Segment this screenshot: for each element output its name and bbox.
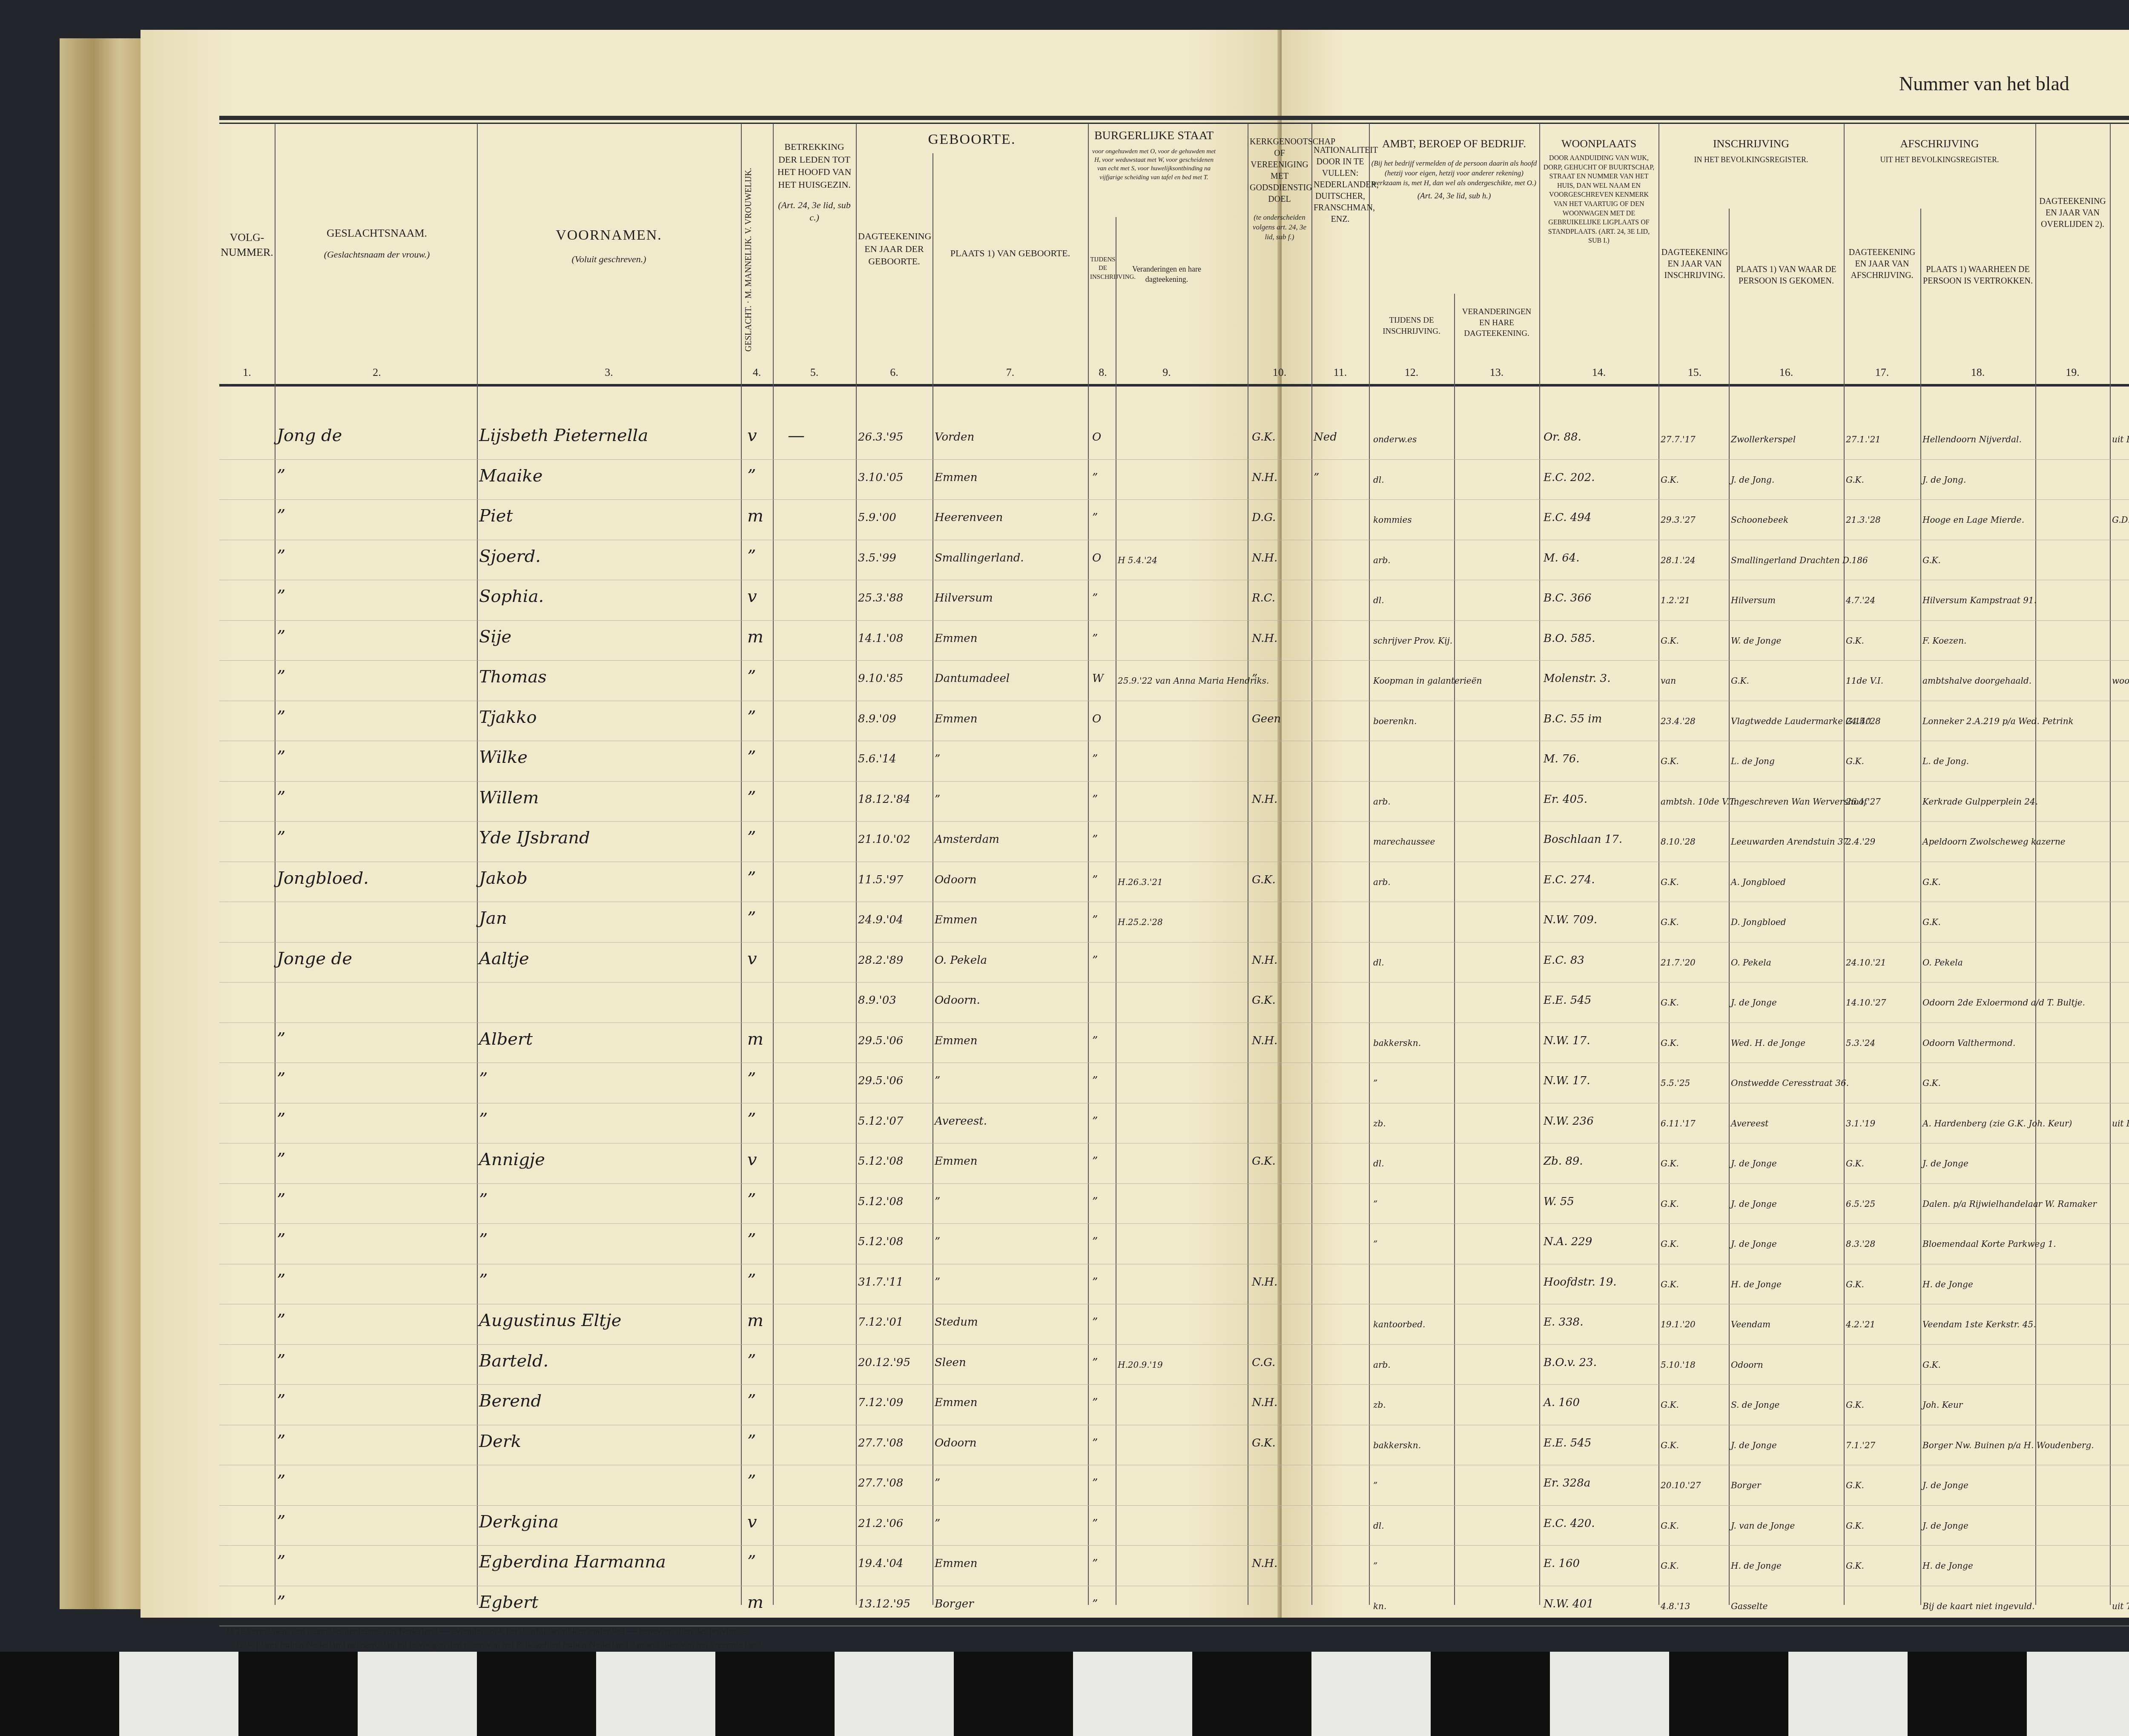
scale-square [1192, 1652, 1311, 1736]
row-out-to: G.K. [1922, 1360, 1941, 1370]
row-given: Sjoerd. [479, 547, 541, 566]
row-given: Egberdina Harmanna [479, 1552, 666, 1572]
row-birth-date: 5.12.'08 [858, 1195, 903, 1208]
row-sex: ” [747, 1110, 756, 1129]
row-sex: ” [747, 1351, 756, 1371]
row-residence: W. 55 [1544, 1195, 1574, 1208]
row-birth-place: Stedum [935, 1316, 978, 1329]
col-number: 4. [743, 366, 771, 379]
row-in-date: G.K. [1661, 1561, 1679, 1571]
row-civil: O [1092, 552, 1101, 564]
col-header-7: Plaats 1) van geboorte. [935, 247, 1086, 260]
row-civil: ” [1092, 511, 1098, 524]
col-header-1: Volg-nummer. [219, 230, 275, 260]
row-sex: ” [747, 1472, 756, 1491]
row-ruling [219, 459, 2129, 460]
row-in-date: G.K. [1661, 1440, 1679, 1450]
row-birth-date: 18.12.'84 [858, 793, 910, 806]
row-in-from: J. de Jonge [1731, 1199, 1777, 1209]
row-surname: ” [277, 828, 285, 848]
row-occupation: ” [1373, 1078, 1377, 1088]
row-in-date: G.K. [1661, 1199, 1679, 1209]
row-surname: ” [277, 708, 285, 727]
row-out-to: J. de Jonge [1922, 1158, 1968, 1169]
row-birth-place: Hilversum [935, 592, 993, 604]
group-header-ambt: Ambt, beroep of bedrijf.(Bij het bedrijf… [1371, 136, 1537, 202]
row-in-date: G.K. [1661, 1279, 1679, 1289]
row-occupation: arb. [1373, 1360, 1391, 1370]
row-out-date: G.K. [1846, 1400, 1864, 1410]
row-residence: E. 338. [1544, 1316, 1583, 1329]
row-sex: ” [747, 908, 756, 928]
row-church: N.H. [1252, 632, 1277, 645]
row-birth-place: ” [935, 753, 940, 765]
row-out-date: 8.3.'28 [1846, 1239, 1875, 1249]
row-church: N.H. [1252, 793, 1277, 806]
row-civil: ” [1092, 874, 1098, 886]
row-out-to: G.K. [1922, 555, 1941, 565]
row-in-from: W. de Jonge [1731, 636, 1781, 646]
col-line [1539, 123, 1540, 1605]
row-church: C.G. [1252, 1356, 1275, 1369]
row-occupation: onderw.es [1373, 434, 1417, 444]
col-number: 17. [1846, 366, 1918, 379]
row-in-from: Hilversum [1731, 595, 1776, 605]
row-occupation: kommies [1373, 515, 1412, 525]
row-birth-place: Vorden [935, 431, 974, 444]
col-header-12: Tijdens de inschrijving. [1371, 315, 1452, 337]
row-civil: ” [1092, 1115, 1098, 1128]
row-given: Willem [479, 788, 539, 808]
row-church: N.H. [1252, 1034, 1277, 1047]
row-civil: ” [1092, 1517, 1098, 1530]
top-rule-right-thin [1237, 123, 2129, 124]
row-nationality: Ned [1314, 431, 1337, 444]
col-number: 20. [2112, 366, 2129, 379]
row-in-from: Zwollerkerspel [1731, 434, 1796, 444]
row-occupation: arb. [1373, 877, 1391, 887]
row-occupation: bakkerskn. [1373, 1038, 1421, 1048]
row-civil: ” [1092, 1195, 1098, 1208]
row-birth-place: Emmen [935, 1396, 977, 1409]
row-sex: ” [747, 1271, 756, 1290]
row-in-date: G.K. [1661, 636, 1679, 646]
row-in-from: L. de Jong [1731, 756, 1775, 766]
row-civil: ” [1092, 753, 1098, 765]
row-given: ” [479, 1110, 488, 1129]
row-out-to: Lonneker 2.A.219 p/a Wed. Petrink [1922, 716, 2074, 726]
row-civil: ” [1092, 793, 1098, 806]
col-number: 8. [1090, 366, 1116, 379]
col-header-13: Veranderingen en hare dagteekening. [1456, 307, 1537, 339]
row-out-date: 27.1.'21 [1846, 434, 1881, 444]
row-birth-date: 8.9.'03 [858, 994, 896, 1007]
row-surname: ” [277, 1069, 285, 1089]
row-sex: m [747, 1593, 763, 1612]
row-sex: ” [747, 748, 756, 767]
row-out-date: G.K. [1846, 1561, 1864, 1571]
row-in-from: Gasselte [1731, 1601, 1768, 1611]
row-out-to: Hilversum Kampstraat 91. [1922, 595, 2037, 605]
row-surname: ” [277, 1230, 285, 1250]
row-surname: ” [277, 1432, 285, 1451]
row-birth-place: Odoorn [935, 874, 976, 886]
col-header-17: Dagteekening en jaar van afschrijving. [1846, 247, 1918, 281]
row-surname: ” [277, 748, 285, 767]
row-birth-date: 26.3.'95 [858, 431, 903, 444]
row-sex: ” [747, 1230, 756, 1250]
row-residence: E.C. 494 [1544, 511, 1591, 524]
row-church: D.G. [1252, 511, 1276, 524]
row-church: ” [1252, 672, 1257, 685]
row-occupation: dl. [1373, 957, 1384, 968]
row-given: Jakob [479, 868, 528, 888]
scale-square [477, 1652, 596, 1736]
row-ruling [219, 1304, 2129, 1304]
row-surname: ” [277, 466, 285, 486]
row-out-to: Bij de kaart niet ingevuld. [1922, 1601, 2035, 1611]
row-residence: B.O. 585. [1544, 632, 1595, 645]
row-birth-place: ” [935, 1477, 940, 1490]
row-in-date: G.K. [1661, 1239, 1679, 1249]
row-in-from: Avereest [1731, 1118, 1768, 1129]
row-surname: Jonge de [277, 949, 352, 968]
row-remarks: uit T.J. I-27 [2112, 1601, 2129, 1611]
row-given: Berend [479, 1391, 542, 1411]
row-birth-date: 29.5.'06 [858, 1074, 903, 1087]
row-civil: ” [1092, 632, 1098, 645]
row-in-date: G.K. [1661, 475, 1679, 485]
row-ruling [219, 620, 2129, 621]
row-given: Derkgina [479, 1512, 559, 1532]
row-civil: ” [1092, 954, 1098, 967]
row-surname: ” [277, 547, 285, 566]
row-occupation: schrijver Prov. Kij. [1373, 636, 1452, 646]
row-sex: ” [747, 667, 756, 687]
col-line [773, 123, 774, 1605]
row-civil-change: H.20.9.'19 [1118, 1360, 1163, 1370]
row-sex: v [747, 949, 757, 968]
row-out-date: 6.5.'25 [1846, 1199, 1875, 1209]
row-civil: ” [1092, 1557, 1098, 1570]
col-line [1311, 123, 1312, 1605]
row-birth-place: Emmen [935, 914, 977, 926]
row-occupation: Koopman in galanterieën [1373, 676, 1482, 686]
group-header-afschrijving: Afschrijvinguit het bevolkingsregister. [1846, 136, 2033, 166]
row-out-to: Kerkrade Gulpperplein 24. [1922, 796, 2038, 807]
row-ruling [219, 1103, 2129, 1103]
col-number: 10. [1250, 366, 1309, 379]
scale-square [1908, 1652, 2027, 1736]
row-in-date: 20.10.'27 [1661, 1480, 1701, 1490]
row-in-date: 5.10.'18 [1661, 1360, 1696, 1370]
row-given: Sije [479, 627, 511, 647]
row-out-to: G.K. [1922, 877, 1941, 887]
row-occupation: ” [1373, 1480, 1377, 1490]
row-church: G.K. [1252, 431, 1276, 444]
row-in-date: G.K. [1661, 1158, 1679, 1169]
row-ruling [219, 540, 2129, 540]
row-sex: m [747, 506, 763, 526]
col-number: 12. [1371, 366, 1452, 379]
group-header-inschrijving: Inschrijvingin het bevolkingsregister. [1661, 136, 1842, 166]
row-given: Thomas [479, 667, 547, 687]
col-line [2110, 123, 2111, 1605]
row-civil: ” [1092, 1396, 1098, 1409]
row-sex: ” [747, 1391, 756, 1411]
row-residence: E.C. 274. [1544, 874, 1595, 886]
row-given: Aaltje [479, 949, 529, 968]
col-number: 16. [1731, 366, 1842, 379]
row-in-from: Leeuwarden Arendstuin 37. [1731, 836, 1851, 847]
row-in-date: 28.1.'24 [1661, 555, 1696, 565]
row-civil: ” [1092, 1437, 1098, 1450]
row-in-date: 5.5.'25 [1661, 1078, 1690, 1088]
row-ruling [219, 1465, 2129, 1465]
row-church: N.H. [1252, 954, 1277, 967]
row-church: G.K. [1252, 994, 1276, 1007]
row-birth-date: 29.5.'06 [858, 1034, 903, 1047]
row-in-date: 29.3.'27 [1661, 515, 1696, 525]
row-out-date: 14.10.'27 [1846, 997, 1886, 1008]
row-out-date: 4.7.'24 [1846, 595, 1875, 605]
row-surname: ” [277, 1110, 285, 1129]
row-occupation: ” [1373, 1561, 1377, 1571]
row-surname: ” [277, 1593, 285, 1612]
col-header-16: Plaats 1) van waar de persoon is gekomen… [1731, 264, 1842, 287]
sheet-number-label: Nummer van het blad [1899, 72, 2069, 95]
col-header-4: Geslacht. · M. Mannelijk. V. Vrouwelijk. [743, 153, 771, 366]
row-given: Maaike [479, 466, 542, 486]
row-in-date: G.K. [1661, 997, 1679, 1008]
col-number: 7. [935, 366, 1086, 379]
row-residence: N.W. 236 [1544, 1115, 1594, 1128]
row-in-from: D. Jongbloed [1731, 917, 1786, 927]
row-out-to: Dalen. p/a Rijwielhandelaar W. Ramaker [1922, 1199, 2097, 1209]
row-ruling [219, 1384, 2129, 1385]
row-ruling [219, 660, 2129, 661]
row-ruling [219, 1023, 2129, 1023]
row-sex: ” [747, 1552, 756, 1572]
row-civil: ” [1092, 1598, 1098, 1610]
row-in-date: ambtsh. 10de V.T. [1661, 796, 1736, 807]
row-in-from: H. de Jonge [1731, 1561, 1782, 1571]
row-birth-place: Emmen [935, 471, 977, 484]
top-rule-left-thin [219, 123, 1237, 124]
row-given: Piet [479, 506, 513, 526]
row-in-date: 4.8.'13 [1661, 1601, 1690, 1611]
row-birth-date: 5.6.'14 [858, 753, 896, 765]
header-rule-right [1237, 384, 2129, 387]
row-residence: Er. 328a [1544, 1477, 1590, 1490]
row-in-date: van [1661, 676, 1676, 686]
row-birth-date: 11.5.'97 [858, 874, 903, 886]
header-rule-left [219, 384, 1237, 387]
row-occupation: dl. [1373, 475, 1384, 485]
row-given: Tjakko [479, 708, 537, 727]
row-given: Lijsbeth Pieternella [479, 426, 648, 445]
row-birth-date: 5.12.'07 [858, 1115, 903, 1128]
row-residence: E.C. 202. [1544, 471, 1595, 484]
row-civil: ” [1092, 1477, 1098, 1490]
row-ruling [219, 781, 2129, 782]
row-ruling [219, 1425, 2129, 1425]
row-out-date: G.K. [1846, 1521, 1864, 1531]
row-civil: ” [1092, 1316, 1098, 1329]
row-given: Wilke [479, 748, 528, 767]
row-surname: ” [277, 1271, 285, 1290]
row-birth-date: 25.3.'88 [858, 592, 903, 604]
row-civil-change: H.26.3.'21 [1118, 877, 1163, 887]
row-church: N.H. [1252, 1557, 1277, 1570]
row-surname: ” [277, 1472, 285, 1491]
row-occupation: arb. [1373, 796, 1391, 807]
row-ruling [219, 1183, 2129, 1184]
row-in-date: G.K. [1661, 1038, 1679, 1048]
scale-square [1431, 1652, 1550, 1736]
col-line [1088, 123, 1089, 1605]
row-ruling [219, 701, 2129, 701]
row-out-to: F. Koezen. [1922, 636, 1966, 646]
row-remarks: woont te Hengelo Lindweg 31 [2112, 676, 2129, 686]
row-civil-change: H.25.2.'28 [1118, 917, 1163, 927]
row-in-from: J. de Jonge [1731, 997, 1777, 1008]
row-ruling [219, 1143, 2129, 1143]
row-residence: E.C. 420. [1544, 1517, 1595, 1530]
row-residence: N.W. 17. [1544, 1034, 1590, 1047]
row-occupation: ” [1373, 1199, 1377, 1209]
row-birth-place: Emmen [935, 1155, 977, 1168]
col-line [1844, 123, 1845, 1605]
col-number: 2. [277, 366, 477, 379]
col-number: 6. [858, 366, 930, 379]
row-in-date: 23.4.'28 [1661, 716, 1696, 726]
col-header-10: Kerkgenootschap of vereeniging met godsd… [1250, 136, 1309, 242]
col-header-5: Betrekking der leden tot het hoofd van h… [775, 140, 854, 224]
row-in-from: A. Jongbloed [1731, 877, 1786, 887]
row-residence: N.W. 401 [1544, 1598, 1594, 1610]
row-given: Barteld. [479, 1351, 548, 1371]
row-out-to: Joh. Keur [1922, 1400, 1963, 1410]
row-birth-date: 27.7.'08 [858, 1437, 903, 1450]
row-ruling [219, 1264, 2129, 1264]
row-residence: Boschlaan 17. [1544, 833, 1622, 846]
row-ruling [219, 1223, 2129, 1224]
row-birth-place: Smallingerland. [935, 552, 1024, 564]
col-number: 13. [1456, 366, 1537, 379]
row-nationality: ” [1314, 471, 1319, 484]
scale-square [715, 1652, 835, 1736]
row-sex: ” [747, 788, 756, 808]
row-out-date: 21.3.'28 [1846, 515, 1881, 525]
row-given: Sophia. [479, 587, 544, 606]
row-given: Albert [479, 1029, 533, 1049]
row-residence: Hoofdstr. 19. [1544, 1276, 1617, 1289]
row-church: G.K. [1252, 874, 1276, 886]
col-line [1454, 294, 1455, 1605]
footnote-1: 1) Te vermelden: den naam der gemeente v… [226, 1624, 950, 1638]
row-birth-place: Emmen [935, 1557, 977, 1570]
row-birth-place: Emmen [935, 1034, 977, 1047]
row-residence: B.O.v. 23. [1544, 1356, 1597, 1369]
row-out-date: 26.1.'27 [1846, 796, 1881, 807]
col-line [1248, 123, 1248, 1605]
col-header-15: Dagteekening en jaar van inschrijving. [1661, 247, 1729, 281]
row-birth-date: 9.10.'85 [858, 672, 903, 685]
row-out-to: O. Pekela [1922, 957, 1963, 968]
row-in-from: J. de Jonge [1731, 1239, 1777, 1249]
row-out-date: G.K. [1846, 475, 1864, 485]
row-ruling [219, 1545, 2129, 1546]
col-header-2: Geslachtsnaam.(Geslachtsnaam der vrouw.) [277, 226, 477, 261]
row-given: Augustinus Eltje [479, 1311, 621, 1330]
row-church: N.H. [1252, 1396, 1277, 1409]
row-out-date: G.K. [1846, 756, 1864, 766]
row-occupation: ” [1373, 1239, 1377, 1249]
row-birth-date: 27.7.'08 [858, 1477, 903, 1490]
top-rule-left [219, 116, 1237, 120]
col-header-8: Tijdens de inschrijving. [1090, 255, 1116, 281]
row-church: Geen [1252, 713, 1281, 725]
row-in-from: J. van de Jonge [1731, 1521, 1795, 1531]
row-out-date: 11de V.I. [1846, 676, 1883, 686]
row-in-from: Onstwedde Ceresstraat 36. [1731, 1078, 1849, 1088]
row-surname: ” [277, 1552, 285, 1572]
row-sex: ” [747, 1069, 756, 1089]
row-church: R.C. [1252, 592, 1275, 604]
row-surname: ” [277, 667, 285, 687]
row-civil: O [1092, 431, 1101, 444]
row-birth-date: 24.9.'04 [858, 914, 903, 926]
row-ruling [219, 1344, 2129, 1345]
row-occupation: arb. [1373, 555, 1391, 565]
row-birth-place: O. Pekela [935, 954, 987, 967]
row-out-to: H. de Jonge [1922, 1561, 1973, 1571]
row-birth-place: Dantumadeel [935, 672, 1010, 685]
group-header-geboorte: Geboorte. [858, 130, 1086, 149]
row-sex: ” [747, 466, 756, 486]
row-sex: ” [747, 547, 756, 566]
row-residence: E. 160 [1544, 1557, 1580, 1570]
row-sex: ” [747, 1190, 756, 1210]
col-header-18: Plaats 1) waarheen de persoon is vertrok… [1922, 264, 2033, 287]
row-birth-place: ” [935, 793, 940, 806]
row-residence: E.E. 545 [1544, 1437, 1591, 1450]
row-in-date: 1.2.'21 [1661, 595, 1690, 605]
row-civil: ” [1092, 471, 1098, 484]
row-surname: Jong de [277, 426, 342, 445]
row-out-to: G.K. [1922, 1078, 1941, 1088]
row-in-date: G.K. [1661, 917, 1679, 927]
row-residence: M. 64. [1544, 552, 1580, 564]
row-birth-date: 19.4.'04 [858, 1557, 903, 1570]
row-out-date: G.K. [1846, 1279, 1864, 1289]
page-stack-left [60, 38, 145, 1609]
row-in-from: J. de Jonge [1731, 1440, 1777, 1450]
col-line [1116, 217, 1116, 1605]
row-in-date: 19.1.'20 [1661, 1319, 1696, 1329]
row-ruling [219, 821, 2129, 822]
row-residence: E.C. 83 [1544, 954, 1584, 967]
row-birth-place: Avereest. [935, 1115, 987, 1128]
row-given: ” [479, 1230, 488, 1250]
row-in-from: J. de Jonge [1731, 1158, 1777, 1169]
row-church: N.H. [1252, 552, 1277, 564]
row-in-from: Borger [1731, 1480, 1761, 1490]
row-birth-place: Emmen [935, 713, 977, 725]
col-line [1369, 123, 1370, 1605]
col-line [933, 153, 933, 1605]
